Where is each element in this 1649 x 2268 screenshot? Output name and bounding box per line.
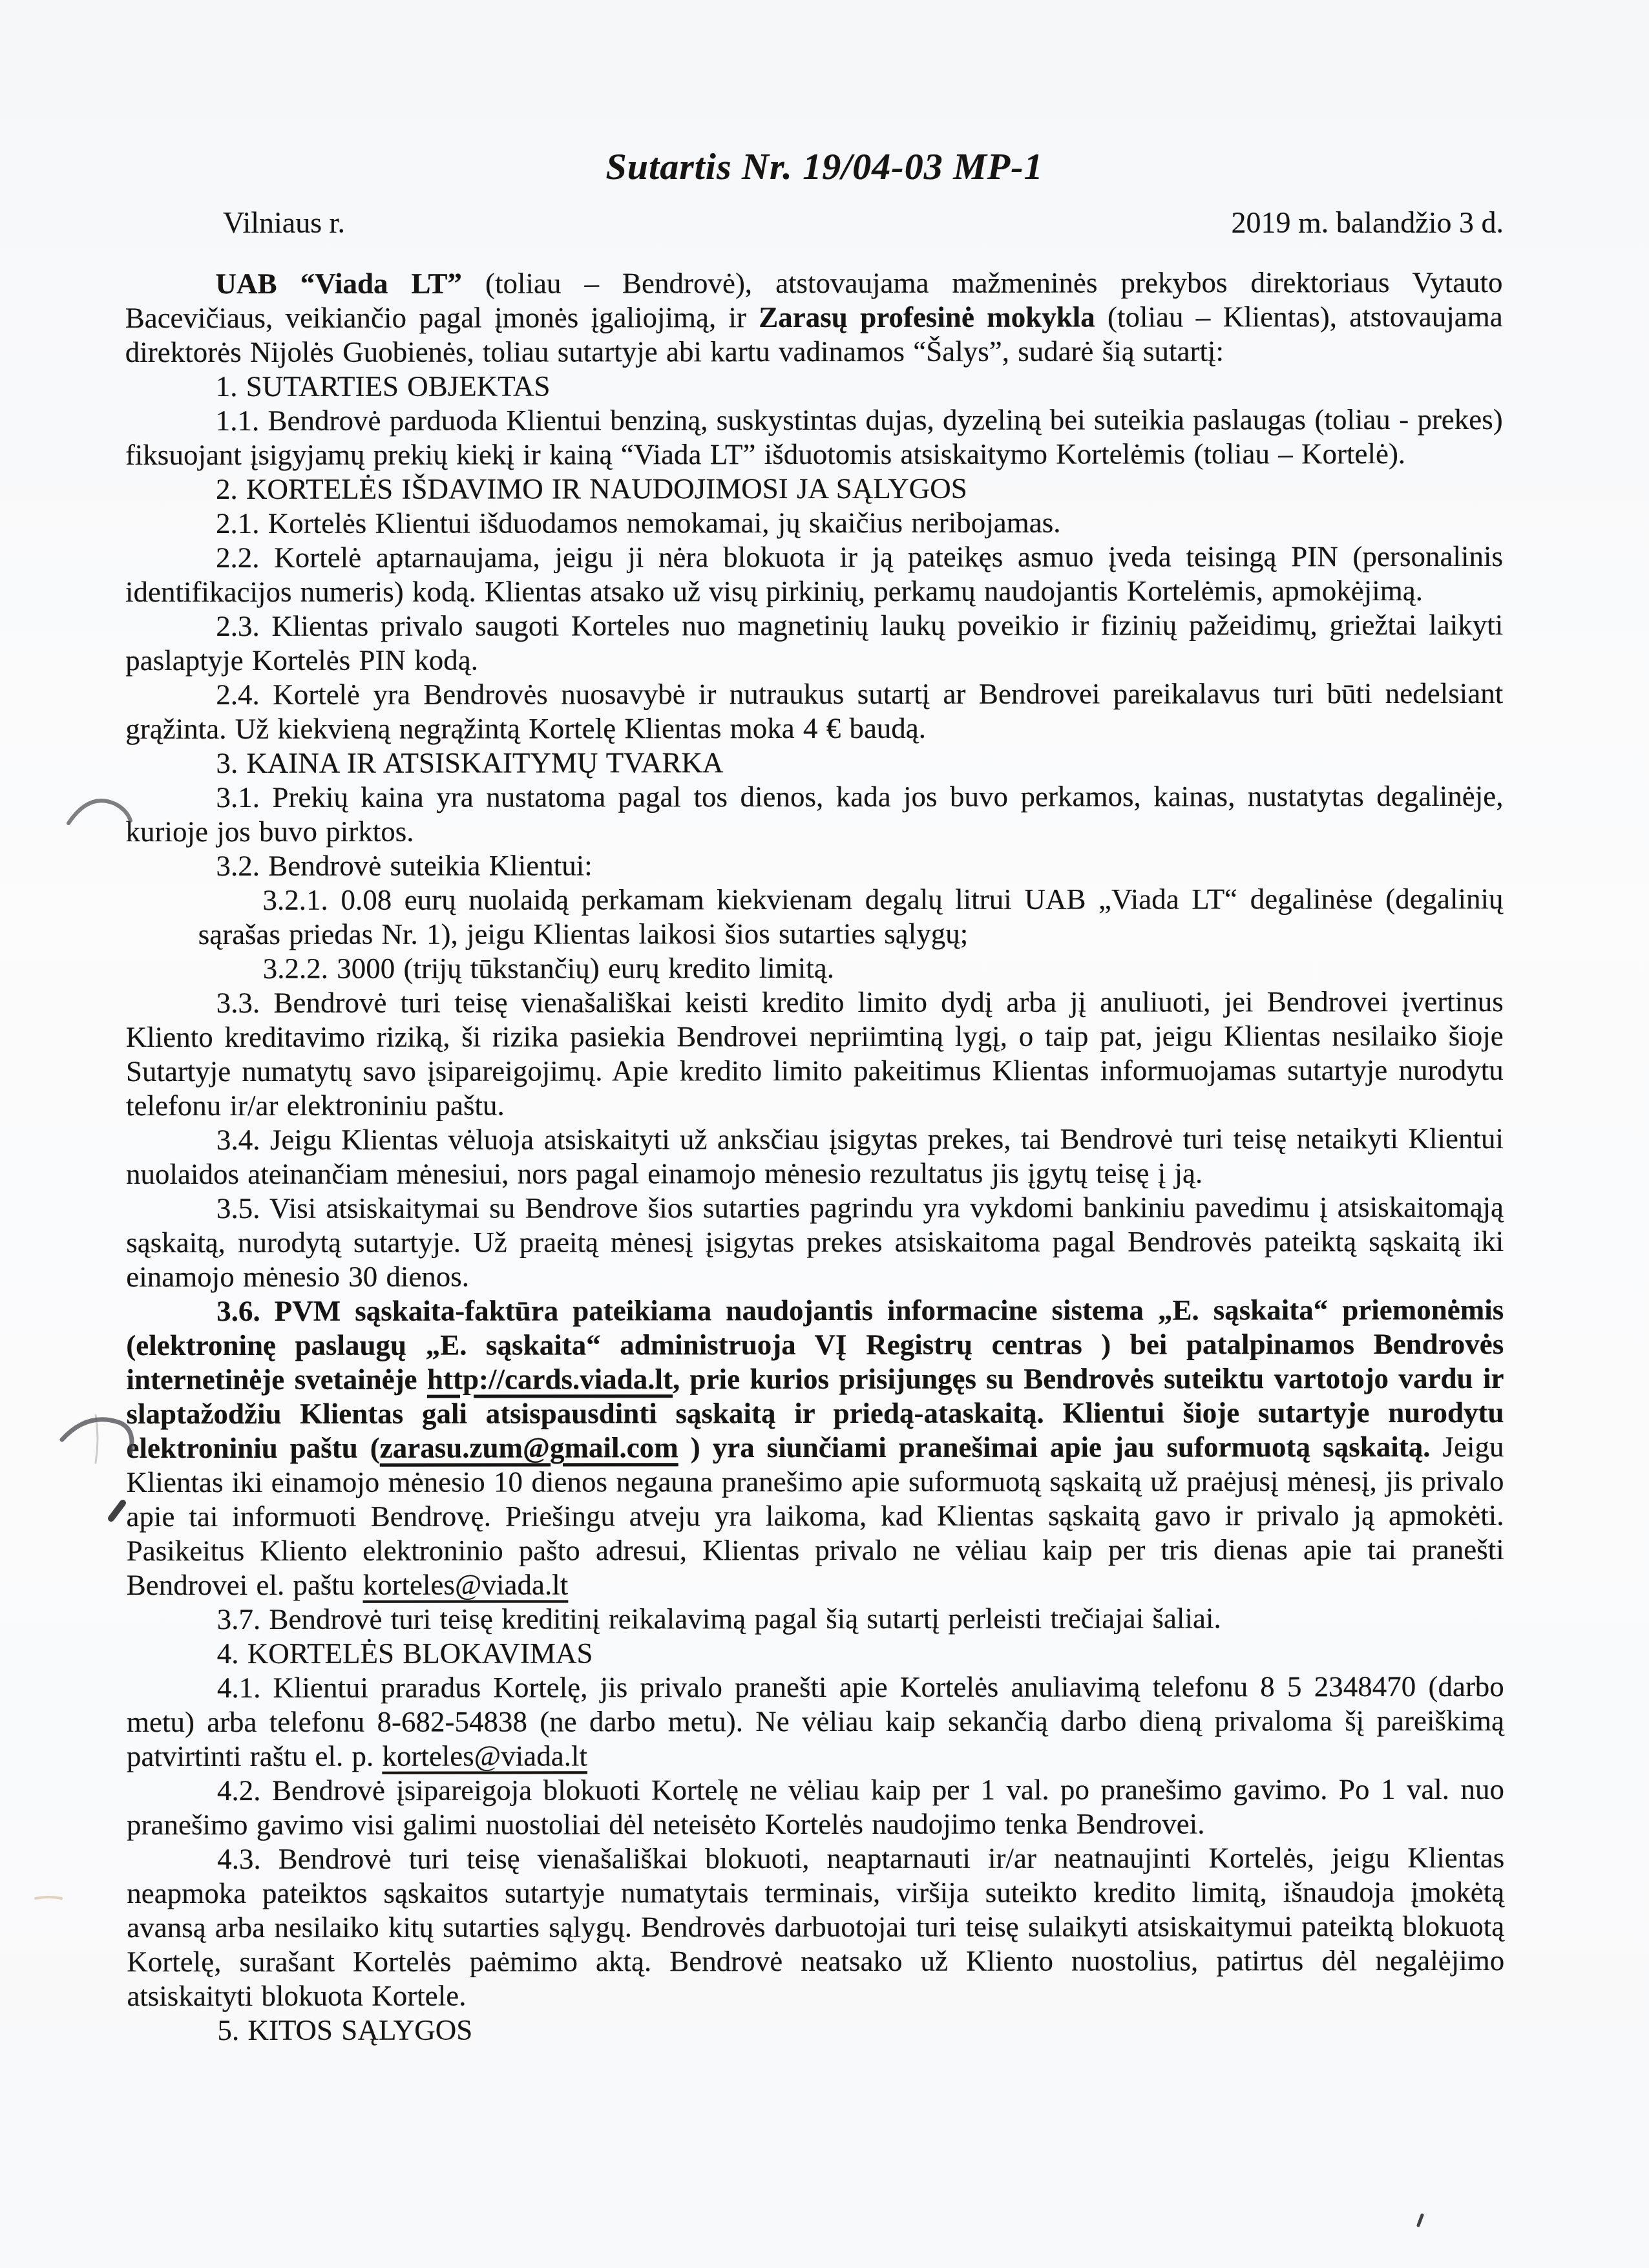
text-run: Zarasų profesinė mokykla <box>759 301 1095 334</box>
clause-3-2-2: 3.2.2. 3000 (trijų tūkstančių) eurų kred… <box>198 950 1504 986</box>
text-run: 4.1. Klientui praradus Kortelę, jis priv… <box>127 1670 1504 1772</box>
clause-4-1: 4.1. Klientui praradus Kortelę, jis priv… <box>127 1670 1504 1774</box>
section-1: 1. SUTARTIES OBJEKTAS <box>125 368 1503 404</box>
text-run: 2.4. Kortelė yra Bendrovės nuosavybė ir … <box>125 677 1503 745</box>
clause-3-2: 3.2. Bendrovė suteikia Klientui: <box>126 848 1504 883</box>
document-body: UAB “Viada LT” (toliau – Bendrovė), atst… <box>125 266 1505 2048</box>
text-run: 1.1. Bendrovė parduoda Klientui benziną,… <box>125 403 1503 471</box>
underlined-address-text: http://cards.viada.lt <box>427 1363 673 1395</box>
pen-mark-faint <box>34 1893 63 1902</box>
clause-2-2: 2.2. Kortelė aptarnaujama, jeigu ji nėra… <box>125 540 1503 609</box>
text-run: 1. SUTARTIES OBJEKTAS <box>216 370 551 403</box>
contract-date: 2019 m. balandžio 3 d. <box>1231 205 1504 240</box>
text-run: 5. KITOS SĄLYGOS <box>217 2014 472 2046</box>
text-run: 3.5. Visi atsiskaitymai su Bendrove šios… <box>126 1191 1504 1293</box>
contract-place: Vilniaus r. <box>223 205 345 240</box>
text-run: 2.2. Kortelė aptarnaujama, jeigu ji nėra… <box>125 540 1503 608</box>
text-run: 3.3. Bendrovė turi teisę vienašališkai k… <box>126 985 1504 1122</box>
clause-3-2-1: 3.2.1. 0.08 eurų nuolaidą perkamam kiekv… <box>198 882 1504 952</box>
clause-2-1: 2.1. Kortelės Klientui išduodamos nemoka… <box>125 505 1503 541</box>
underlined-address-text: korteles@viada.lt <box>382 1739 587 1772</box>
text-run: 3.4. Jeigu Klientas vėluoja atsiskaityti… <box>126 1122 1504 1190</box>
text-run: ) yra siunčiami pranešimai apie jau sufo… <box>678 1431 1431 1464</box>
clause-3-4: 3.4. Jeigu Klientas vėluoja atsiskaityti… <box>126 1122 1504 1192</box>
clause-3-6: 3.6. PVM sąskaita-faktūra pateikiama nau… <box>126 1293 1504 1602</box>
section-3: 3. KAINA IR ATSISKAITYMŲ TVARKA <box>125 745 1503 781</box>
clause-3-5: 3.5. Visi atsiskaitymai su Bendrove šios… <box>126 1190 1504 1294</box>
text-run: 3.2.2. 3000 (trijų tūkstančių) eurų kred… <box>263 952 834 985</box>
dateline: Vilniaus r. 2019 m. balandžio 3 d. <box>126 205 1504 240</box>
clause-2-4: 2.4. Kortelė yra Bendrovės nuosavybė ir … <box>125 677 1503 746</box>
text-run: 4.3. Bendrovė turi teisę vienašališkai b… <box>127 1842 1504 2012</box>
ink-speck <box>1415 2212 1427 2228</box>
text-run: UAB “Viada LT” <box>216 268 462 300</box>
section-2: 2. KORTELĖS IŠDAVIMO IR NAUDOJIMOSI JA S… <box>125 471 1503 507</box>
clause-3-7: 3.7. Bendrovė turi teisę kreditinį reika… <box>127 1601 1504 1637</box>
text-run: 3.7. Bendrovė turi teisę kreditinį reika… <box>217 1602 1221 1635</box>
section-4: 4. KORTELĖS BLOKAVIMAS <box>127 1635 1504 1671</box>
text-run: 2.1. Kortelės Klientui išduodamos nemoka… <box>216 507 1061 540</box>
text-run: 3. KAINA IR ATSISKAITYMŲ TVARKA <box>216 746 723 779</box>
text-run: 3.2.1. 0.08 eurų nuolaidą perkamam kiekv… <box>198 883 1504 950</box>
clause-1-1: 1.1. Bendrovė parduoda Klientui benziną,… <box>125 403 1503 472</box>
intro: UAB “Viada LT” (toliau – Bendrovė), atst… <box>125 266 1503 370</box>
text-run: 3.2. Bendrovė suteikia Klientui: <box>216 849 593 882</box>
text-run: 3.1. Prekių kaina yra nustatoma pagal to… <box>125 780 1503 848</box>
clause-3-1: 3.1. Prekių kaina yra nustatoma pagal to… <box>125 779 1503 849</box>
underlined-address-text: korteles@viada.lt <box>363 1568 569 1601</box>
text-run: 4. KORTELĖS BLOKAVIMAS <box>217 1637 593 1670</box>
text-run: 2.3. Klientas privalo saugoti Korteles n… <box>125 609 1503 677</box>
contract-title: Sutartis Nr. 19/04-03 MP-1 <box>0 145 1649 188</box>
underlined-address-text: zarasu.zum@gmail.com <box>380 1431 678 1464</box>
scanned-contract-page: Sutartis Nr. 19/04-03 MP-1 Vilniaus r. 2… <box>0 0 1649 2268</box>
clause-2-3: 2.3. Klientas privalo saugoti Korteles n… <box>125 608 1503 678</box>
text-run: 2. KORTELĖS IŠDAVIMO IR NAUDOJIMOSI JA S… <box>216 472 967 505</box>
section-5: 5. KITOS SĄLYGOS <box>127 2012 1504 2048</box>
clause-4-2: 4.2. Bendrovė įsipareigoja blokuoti Kort… <box>127 1772 1504 1842</box>
text-run: 4.2. Bendrovė įsipareigoja blokuoti Kort… <box>127 1773 1504 1841</box>
clause-3-3: 3.3. Bendrovė turi teisę vienašališkai k… <box>126 985 1504 1123</box>
clause-4-3: 4.3. Bendrovė turi teisę vienašališkai b… <box>127 1841 1504 2013</box>
